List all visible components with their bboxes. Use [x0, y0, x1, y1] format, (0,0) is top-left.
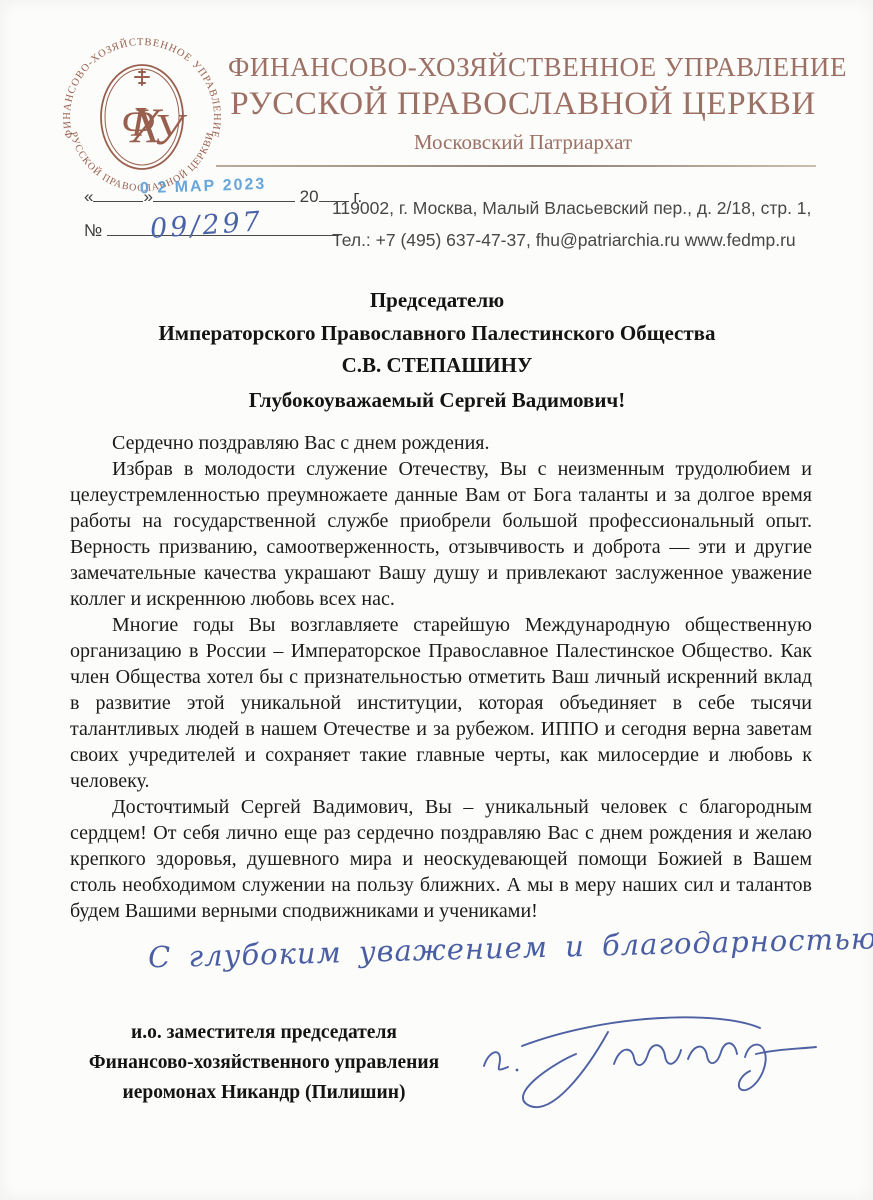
- letterhead-line1: ФИНАНСОВО-ХОЗЯЙСТВЕННОЕ УПРАВЛЕНИЕ: [228, 52, 818, 83]
- signature-autograph-icon: [456, 992, 831, 1122]
- signature-block: и.о. заместителя председателя Финансово-…: [68, 1018, 460, 1109]
- paragraph-4: Досточтимый Сергей Вадимович, Вы – уника…: [70, 794, 812, 924]
- cross-icon: [135, 70, 149, 85]
- letterhead: ФИНАНСОВО-ХОЗЯЙСТВЕННОЕ УПРАВЛЕНИЕ РУССК…: [228, 52, 818, 155]
- signer-position-line1: и.о. заместителя председателя: [68, 1018, 460, 1048]
- letter-body: Сердечно поздравляю Вас с днем рождения.…: [70, 430, 812, 924]
- date-year-prefix: 20: [300, 187, 319, 206]
- contact-phone-web: Тел.: +7 (495) 637-47-37, fhu@patriarchi…: [332, 224, 832, 256]
- contact-address: 119002, г. Москва, Малый Власьевский пер…: [332, 192, 832, 224]
- header-divider: [216, 165, 816, 167]
- letter-page: Ф Х У ФИНАНСОВО-ХОЗЯЙСТВЕННОЕ УПРАВЛЕНИЕ…: [0, 0, 873, 1200]
- letterhead-line2: РУССКОЙ ПРАВОСЛАВНОЙ ЦЕРКВИ: [228, 86, 818, 123]
- signer-name: иеромонах Никандр (Пилишин): [68, 1078, 460, 1108]
- handwritten-closing: С глубоким уважением и благодарностью,: [148, 924, 789, 975]
- church-seal-icon: Ф Х У ФИНАНСОВО-ХОЗЯЙСТВЕННОЕ УПРАВЛЕНИЕ…: [56, 30, 228, 198]
- recipient-block: Председателю Императорского Православног…: [66, 284, 808, 382]
- recipient-name: С.В. СТЕПАШИНУ: [66, 349, 808, 382]
- paragraph-3: Многие годы Вы возглавляете старейшую Ме…: [70, 612, 812, 794]
- date-day-blank: [93, 186, 143, 202]
- recipient-title: Председателю: [66, 284, 808, 317]
- signer-position-line2: Финансово-хозяйственного управления: [68, 1048, 460, 1078]
- number-label: №: [84, 221, 102, 240]
- recipient-organization: Императорского Православного Палестинско…: [66, 317, 808, 350]
- handwritten-number: 09/297: [149, 206, 264, 245]
- paragraph-2: Избрав в молодости служение Отечеству, В…: [70, 456, 812, 612]
- letterhead-line3: Московский Патриархат: [228, 130, 818, 155]
- paragraph-1: Сердечно поздравляю Вас с днем рождения.: [70, 430, 812, 456]
- salutation: Глубокоуважаемый Сергей Вадимович!: [66, 388, 808, 413]
- date-open-quote: «: [84, 187, 93, 206]
- contact-block: 119002, г. Москва, Малый Власьевский пер…: [332, 192, 832, 257]
